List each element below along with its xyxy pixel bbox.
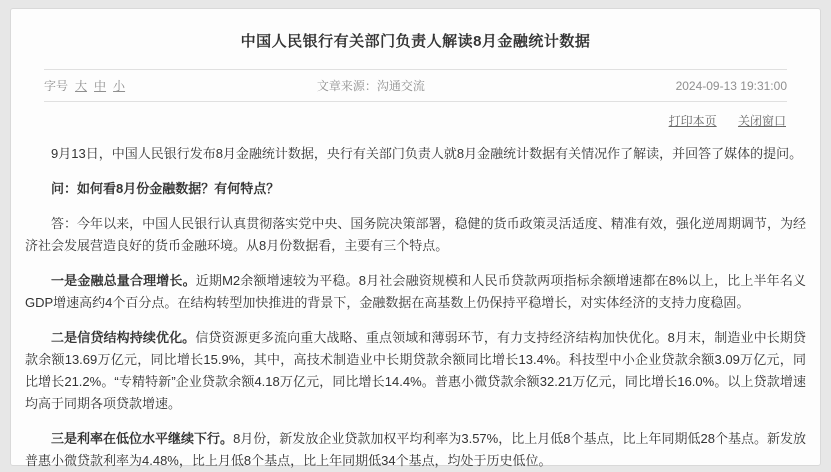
paragraph-lead: 三是利率在低位水平继续下行。 bbox=[51, 431, 233, 446]
font-size-label: 字号 bbox=[44, 77, 68, 94]
paragraph-lead: 一是金融总量合理增长。 bbox=[51, 273, 196, 288]
font-size-large-link[interactable]: 大 bbox=[75, 77, 87, 94]
font-size-control: 字号 大 中 小 bbox=[44, 77, 252, 94]
font-size-small-link[interactable]: 小 bbox=[113, 77, 125, 94]
close-window-link[interactable]: 关闭窗口 bbox=[738, 114, 786, 128]
article-paragraph: 一是金融总量合理增长。近期M2余额增速较为平稳。8月社会融资规模和人民币贷款两项… bbox=[25, 270, 806, 314]
print-page-link[interactable]: 打印本页 bbox=[669, 114, 717, 128]
article-paragraph: 9月13日，中国人民银行发布8月金融统计数据，央行有关部门负责人就8月金融统计数… bbox=[25, 143, 806, 165]
article-datetime: 2024-09-13 19:31:00 bbox=[490, 79, 787, 93]
font-size-medium-link[interactable]: 中 bbox=[94, 77, 106, 94]
article-paragraph: 答：今年以来，中国人民银行认真贯彻落实党中央、国务院决策部署，稳健的货币政策灵活… bbox=[25, 213, 806, 257]
meta-bar: 字号 大 中 小 文章来源：沟通交流 2024-09-13 19:31:00 bbox=[44, 69, 787, 102]
article-body: 9月13日，中国人民银行发布8月金融统计数据，央行有关部门负责人就8月金融统计数… bbox=[25, 128, 806, 472]
article-paragraph: 三是利率在低位水平继续下行。8月份，新发放企业贷款加权平均利率为3.57%，比上… bbox=[25, 428, 806, 472]
article-paragraph: 问：如何看8月份金融数据？有何特点？ bbox=[25, 178, 806, 200]
page-actions: 打印本页 关闭窗口 bbox=[45, 114, 786, 128]
article-card: 中国人民银行有关部门负责人解读8月金融统计数据 字号 大 中 小 文章来源：沟通… bbox=[10, 8, 821, 466]
page-title: 中国人民银行有关部门负责人解读8月金融统计数据 bbox=[11, 9, 820, 52]
paragraph-lead: 二是信贷结构持续优化。 bbox=[51, 330, 195, 345]
article-source: 文章来源：沟通交流 bbox=[252, 77, 490, 94]
article-paragraph: 二是信贷结构持续优化。信贷资源更多流向重大战略、重点领域和薄弱环节，有力支持经济… bbox=[25, 327, 806, 415]
